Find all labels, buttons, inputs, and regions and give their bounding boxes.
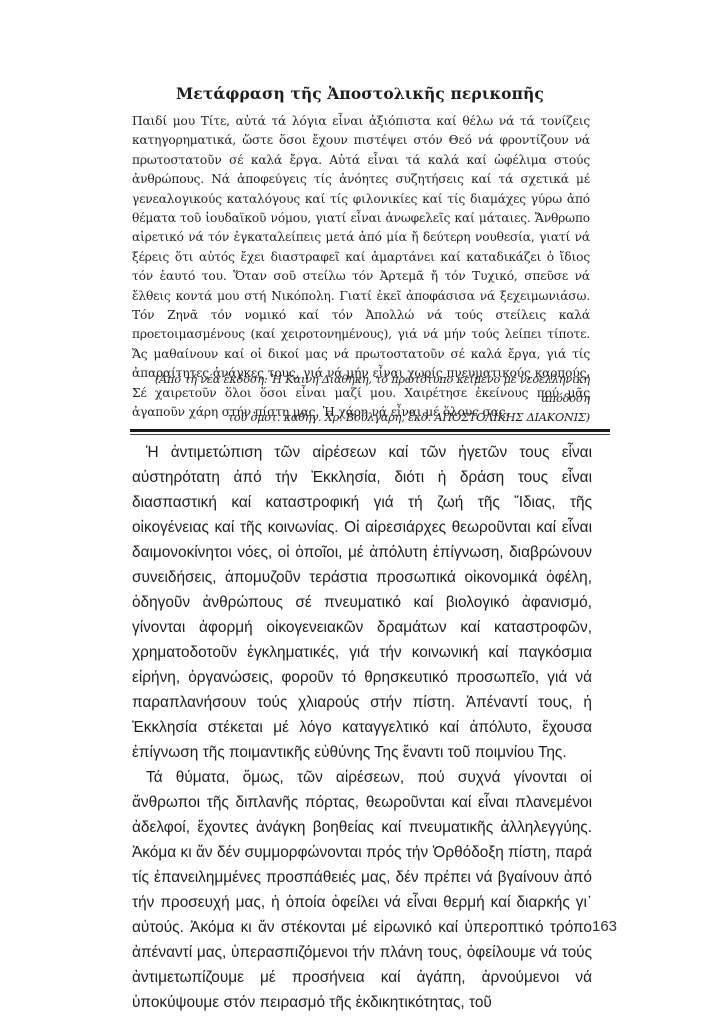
source-citation: (Ἀπό τή νέα ἔκδοση: Ἡ Καινή Διαθήκη, τό … <box>132 370 590 427</box>
source-citation-line-1: (Ἀπό τή νέα ἔκδοση: Ἡ Καινή Διαθήκη, τό … <box>132 370 590 408</box>
section-title: Μετάφραση τῆς Ἀποστολικῆς περικοπῆς <box>150 84 570 103</box>
section-divider-thick <box>130 429 610 432</box>
commentary-paragraph: Ἡ ἀντιμετώπιση τῶν αἱρέσεων καί τῶν ἡγετ… <box>132 440 592 765</box>
commentary-body: Ἡ ἀντιμετώπιση τῶν αἱρέσεων καί τῶν ἡγετ… <box>132 440 592 1015</box>
section-divider-thin <box>130 434 610 435</box>
commentary-paragraph: Τά θύματα, ὅμως, τῶν αἱρέσεων, πού συχνά… <box>132 765 592 1015</box>
page-number: 163 <box>592 918 617 935</box>
source-citation-line-2: τοῦ ὁμοτ. καθηγ. Χρ. Βούλγαρη, ἔκδ. ΑΠΟΣ… <box>132 408 590 427</box>
book-page: Μετάφραση τῆς Ἀποστολικῆς περικοπῆς Παιδ… <box>0 0 720 1024</box>
